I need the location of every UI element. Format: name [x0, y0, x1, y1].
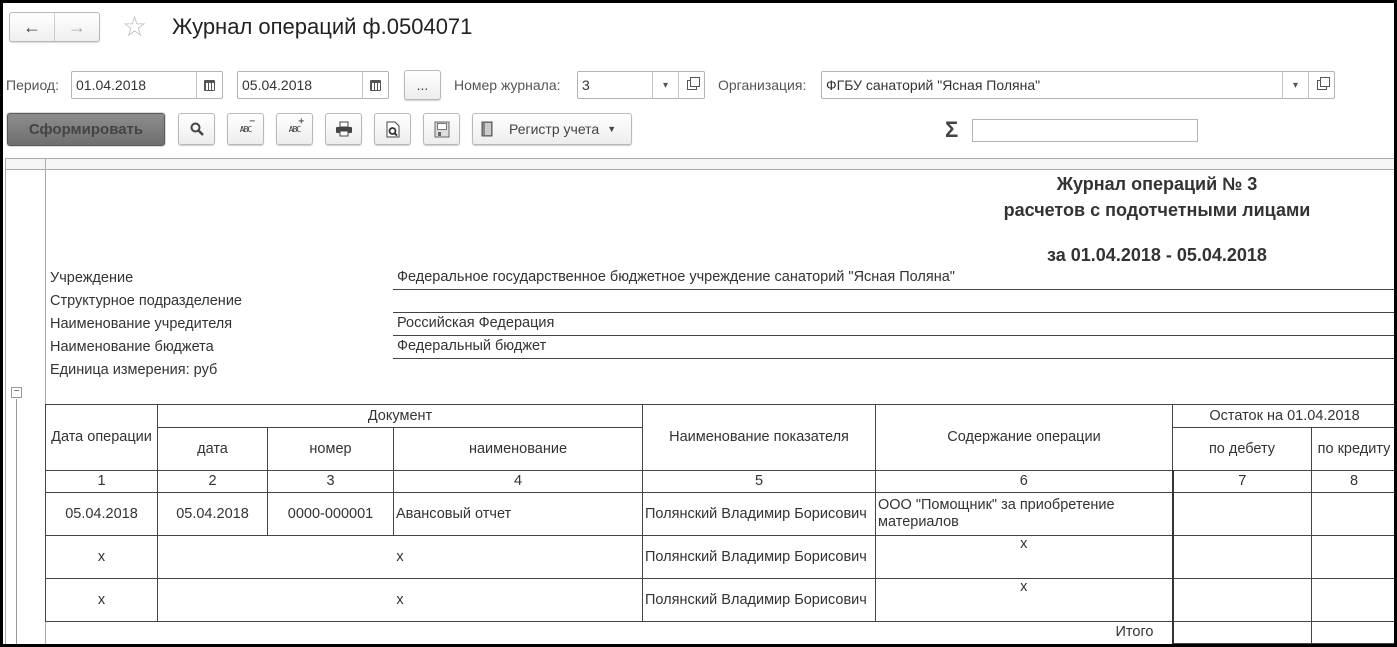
cell-doc-date: 05.04.2018 — [158, 493, 268, 536]
cell-credit — [1312, 536, 1397, 579]
cell-debit — [1173, 579, 1312, 622]
cell-debit — [1173, 493, 1312, 536]
col-number: 1 — [46, 471, 158, 493]
star-icon[interactable]: ☆ — [122, 12, 147, 42]
info-label-founder: Наименование учредителя — [50, 316, 232, 332]
calendar-button[interactable] — [362, 72, 388, 98]
printer-icon — [335, 121, 353, 137]
journal-number-value: 3 — [578, 77, 652, 93]
group-line — [16, 399, 17, 647]
dropdown-button[interactable]: ▾ — [652, 72, 678, 98]
floppy-disk-icon — [434, 121, 450, 138]
cell-date-operation: x — [46, 579, 158, 622]
cell-content: ООО "Помощник" за приобретение материало… — [876, 493, 1173, 536]
dropdown-button[interactable]: ▾ — [1282, 72, 1308, 98]
register-button[interactable]: Регистр учета ▼ — [472, 113, 632, 145]
arrow-left-icon: ← — [23, 17, 41, 38]
cell-date-operation: 05.04.2018 — [46, 493, 158, 536]
report-title-line2: расчетов с подотчетными лицами — [967, 200, 1347, 221]
col-number: 8 — [1312, 471, 1397, 493]
cell-debit — [1173, 536, 1312, 579]
abc-minus-icon: ABC− — [240, 125, 251, 134]
save-button[interactable] — [423, 113, 460, 145]
find-button[interactable] — [178, 113, 215, 145]
open-button[interactable] — [1308, 72, 1334, 98]
cell-content: x — [876, 536, 1173, 579]
period-label: Период: — [6, 77, 59, 93]
info-label-budget: Наименование бюджета — [50, 339, 214, 355]
print-button[interactable] — [325, 113, 362, 145]
organization-label: Организация: — [718, 77, 806, 93]
header-date-operation: Дата операции — [46, 405, 158, 471]
chevron-down-icon: ▾ — [1293, 80, 1298, 91]
back-button[interactable]: ← — [10, 13, 54, 41]
navigation-buttons: ← → — [9, 12, 100, 42]
calendar-button[interactable] — [196, 72, 222, 98]
table-row[interactable]: x x Полянский Владимир Борисович x — [46, 536, 1397, 579]
header-debit: по дебету — [1173, 428, 1312, 471]
print-preview-button[interactable] — [374, 113, 411, 145]
header-document: Документ — [158, 405, 643, 428]
col-number: 2 — [158, 471, 268, 493]
report-period: за 01.04.2018 - 05.04.2018 — [997, 245, 1317, 266]
journal-label: Номер журнала: — [454, 77, 561, 93]
header-balance: Остаток на 01.04.2018 — [1173, 405, 1397, 428]
info-label-unit: Единица измерения: руб — [50, 362, 217, 378]
header-indicator: Наименование показателя — [643, 405, 876, 471]
chevron-down-icon: ▾ — [663, 80, 668, 91]
table-row[interactable]: 05.04.2018 05.04.2018 0000-000001 Авансо… — [46, 493, 1397, 536]
sum-field — [972, 119, 1198, 142]
cell-date-operation: x — [46, 536, 158, 579]
cell-indicator: Полянский Владимир Борисович — [643, 493, 876, 536]
forward-button[interactable]: → — [54, 13, 99, 41]
window-title: Журнал операций ф.0504071 — [172, 14, 472, 40]
total-row: Итого — [46, 622, 1397, 644]
total-label: Итого — [46, 622, 1173, 644]
info-value-institution: Федеральное государственное бюджетное уч… — [393, 269, 1397, 290]
col-number: 5 — [643, 471, 876, 493]
calendar-icon — [204, 80, 215, 91]
cell-doc-name: Авансовый отчет — [394, 493, 643, 536]
header-doc-name: наименование — [394, 428, 643, 471]
info-label-subdivision: Структурное подразделение — [50, 293, 242, 309]
period-from-value: 01.04.2018 — [72, 77, 196, 93]
open-window-icon — [687, 80, 697, 90]
arrow-right-icon: → — [68, 17, 86, 38]
report-gutter — [6, 159, 46, 647]
open-window-icon — [1317, 80, 1327, 90]
search-icon — [190, 122, 204, 136]
col-number: 7 — [1173, 471, 1312, 493]
cell-indicator: Полянский Владимир Борисович — [643, 579, 876, 622]
report-title-line1: Журнал операций № 3 — [997, 174, 1317, 195]
col-number: 4 — [394, 471, 643, 493]
header-content: Содержание операции — [876, 405, 1173, 471]
open-button[interactable] — [678, 72, 704, 98]
total-credit — [1312, 622, 1397, 644]
cell-document-merged: x — [158, 536, 643, 579]
organization-value: ФГБУ санаторий "Ясная Поляна" — [822, 77, 1282, 93]
abc-plus-icon: ABC+ — [289, 125, 300, 134]
period-to-value: 05.04.2018 — [238, 77, 362, 93]
col-number: 6 — [876, 471, 1173, 493]
expand-groups-button[interactable]: ABC+ — [276, 113, 313, 145]
chevron-down-icon: ▼ — [607, 124, 616, 134]
preview-icon — [386, 121, 400, 138]
collapse-icon[interactable]: − — [11, 387, 22, 398]
header-doc-date: дата — [158, 428, 268, 471]
info-value-subdivision — [393, 292, 1397, 313]
period-select-button[interactable]: ... — [404, 70, 441, 100]
info-value-founder: Российская Федерация — [393, 315, 1397, 336]
cell-credit — [1312, 579, 1397, 622]
cell-credit — [1312, 493, 1397, 536]
report-ruler — [6, 159, 1397, 170]
info-value-budget: Федеральный бюджет — [393, 338, 1397, 359]
register-label: Регистр учета — [509, 121, 599, 137]
header-doc-number: номер — [268, 428, 394, 471]
header-credit: по кредиту — [1312, 428, 1397, 471]
info-label-institution: Учреждение — [50, 270, 133, 286]
cell-indicator: Полянский Владимир Борисович — [643, 536, 876, 579]
cell-document-merged: x — [158, 579, 643, 622]
cell-content: x — [876, 579, 1173, 622]
collapse-groups-button[interactable]: ABC− — [227, 113, 264, 145]
operations-table: Дата операции Документ Наименование пока… — [45, 404, 1397, 644]
sum-icon: Σ — [945, 117, 958, 143]
period-to-field[interactable]: 05.04.2018 — [237, 71, 389, 99]
generate-button[interactable]: Сформировать — [7, 113, 165, 146]
register-book-icon — [481, 121, 493, 137]
calendar-icon — [370, 80, 381, 91]
table-row[interactable]: x x Полянский Владимир Борисович x — [46, 579, 1397, 622]
journal-number-field[interactable]: 3 ▾ — [577, 71, 705, 99]
organization-field[interactable]: ФГБУ санаторий "Ясная Поляна" ▾ — [821, 71, 1335, 99]
total-debit — [1173, 622, 1312, 644]
cell-doc-number: 0000-000001 — [268, 493, 394, 536]
period-from-field[interactable]: 01.04.2018 — [71, 71, 223, 99]
col-number: 3 — [268, 471, 394, 493]
